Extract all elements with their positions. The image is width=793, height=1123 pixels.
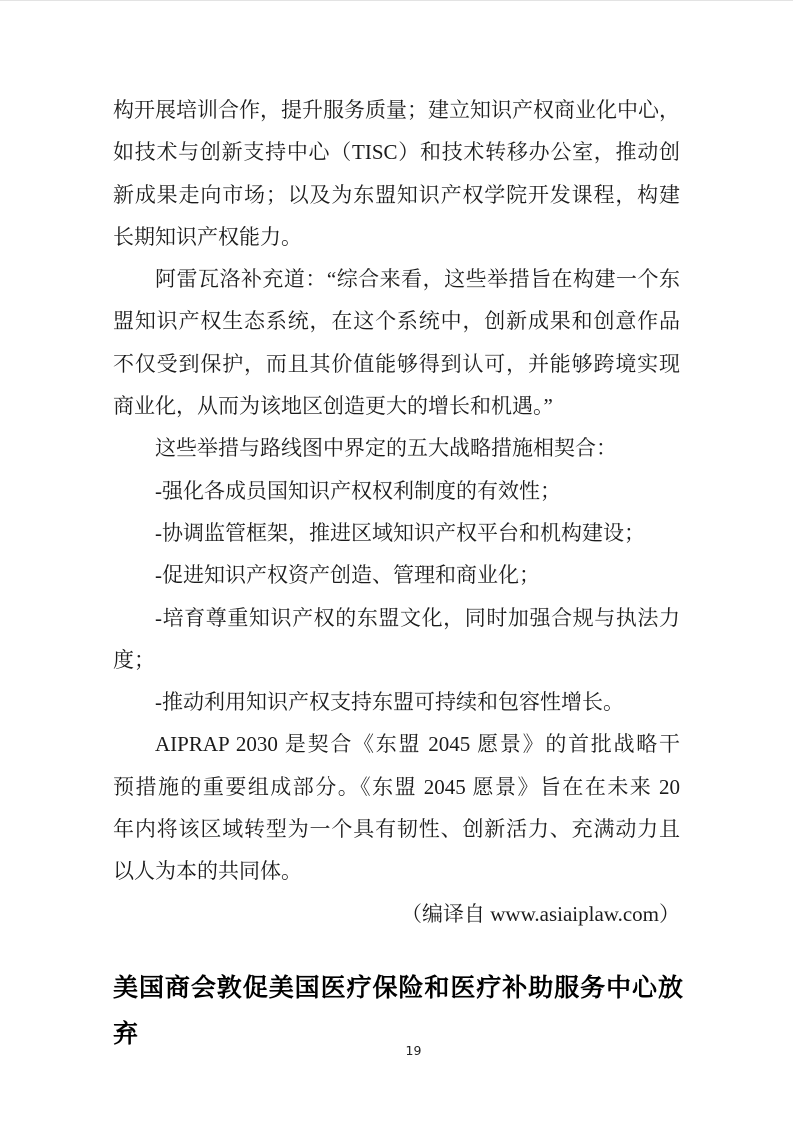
text-line: -促进知识产权资产创造、管理和商业化； — [113, 554, 680, 596]
text-line: 新成果走向市场；以及为东盟知识产权学院开发课程，构建 — [113, 174, 680, 216]
text-line: -推动利用知识产权支持东盟可持续和包容性增长。 — [113, 681, 680, 723]
text-line: 阿雷瓦洛补充道：“综合来看，这些举措旨在构建一个东 — [113, 258, 680, 300]
page-number: 19 — [0, 1043, 793, 1058]
text-line: 年内将该区域转型为一个具有韧性、创新活力、充满动力且 — [113, 808, 680, 850]
text-line: 不仅受到保护，而且其价值能够得到认可，并能够跨境实现 — [113, 343, 680, 385]
text-line: 这些举措与路线图中界定的五大战略措施相契合： — [113, 427, 680, 469]
text-line: -协调监管框架，推进区域知识产权平台和机构建设； — [113, 512, 680, 554]
text-line: -培育尊重知识产权的东盟文化，同时加强合规与执法力 — [113, 597, 680, 639]
article-body: 构开展培训合作，提升服务质量；建立知识产权商业化中心，如技术与创新支持中心（TI… — [113, 89, 680, 935]
article-lines: 构开展培训合作，提升服务质量；建立知识产权商业化中心，如技术与创新支持中心（TI… — [113, 89, 680, 893]
text-line: 盟知识产权生态系统，在这个系统中，创新成果和创意作品 — [113, 300, 680, 342]
text-line: 如技术与创新支持中心（TISC）和技术转移办公室，推动创 — [113, 131, 680, 173]
attribution-line: （编译自 www.asiaiplaw.com） — [113, 893, 680, 935]
document-page: 构开展培训合作，提升服务质量；建立知识产权商业化中心，如技术与创新支持中心（TI… — [0, 0, 793, 1123]
text-line: AIPRAP 2030 是契合《东盟 2045 愿景》的首批战略干 — [113, 723, 680, 765]
text-line: 预措施的重要组成部分。《东盟 2045 愿景》旨在在未来 20 — [113, 766, 680, 808]
text-line: 以人为本的共同体。 — [113, 850, 680, 892]
text-line: 商业化，从而为该地区创造更大的增长和机遇。” — [113, 385, 680, 427]
text-line: 构开展培训合作，提升服务质量；建立知识产权商业化中心， — [113, 89, 680, 131]
text-line: 度； — [113, 639, 680, 681]
text-line: 长期知识产权能力。 — [113, 216, 680, 258]
text-line: -强化各成员国知识产权权利制度的有效性； — [113, 470, 680, 512]
